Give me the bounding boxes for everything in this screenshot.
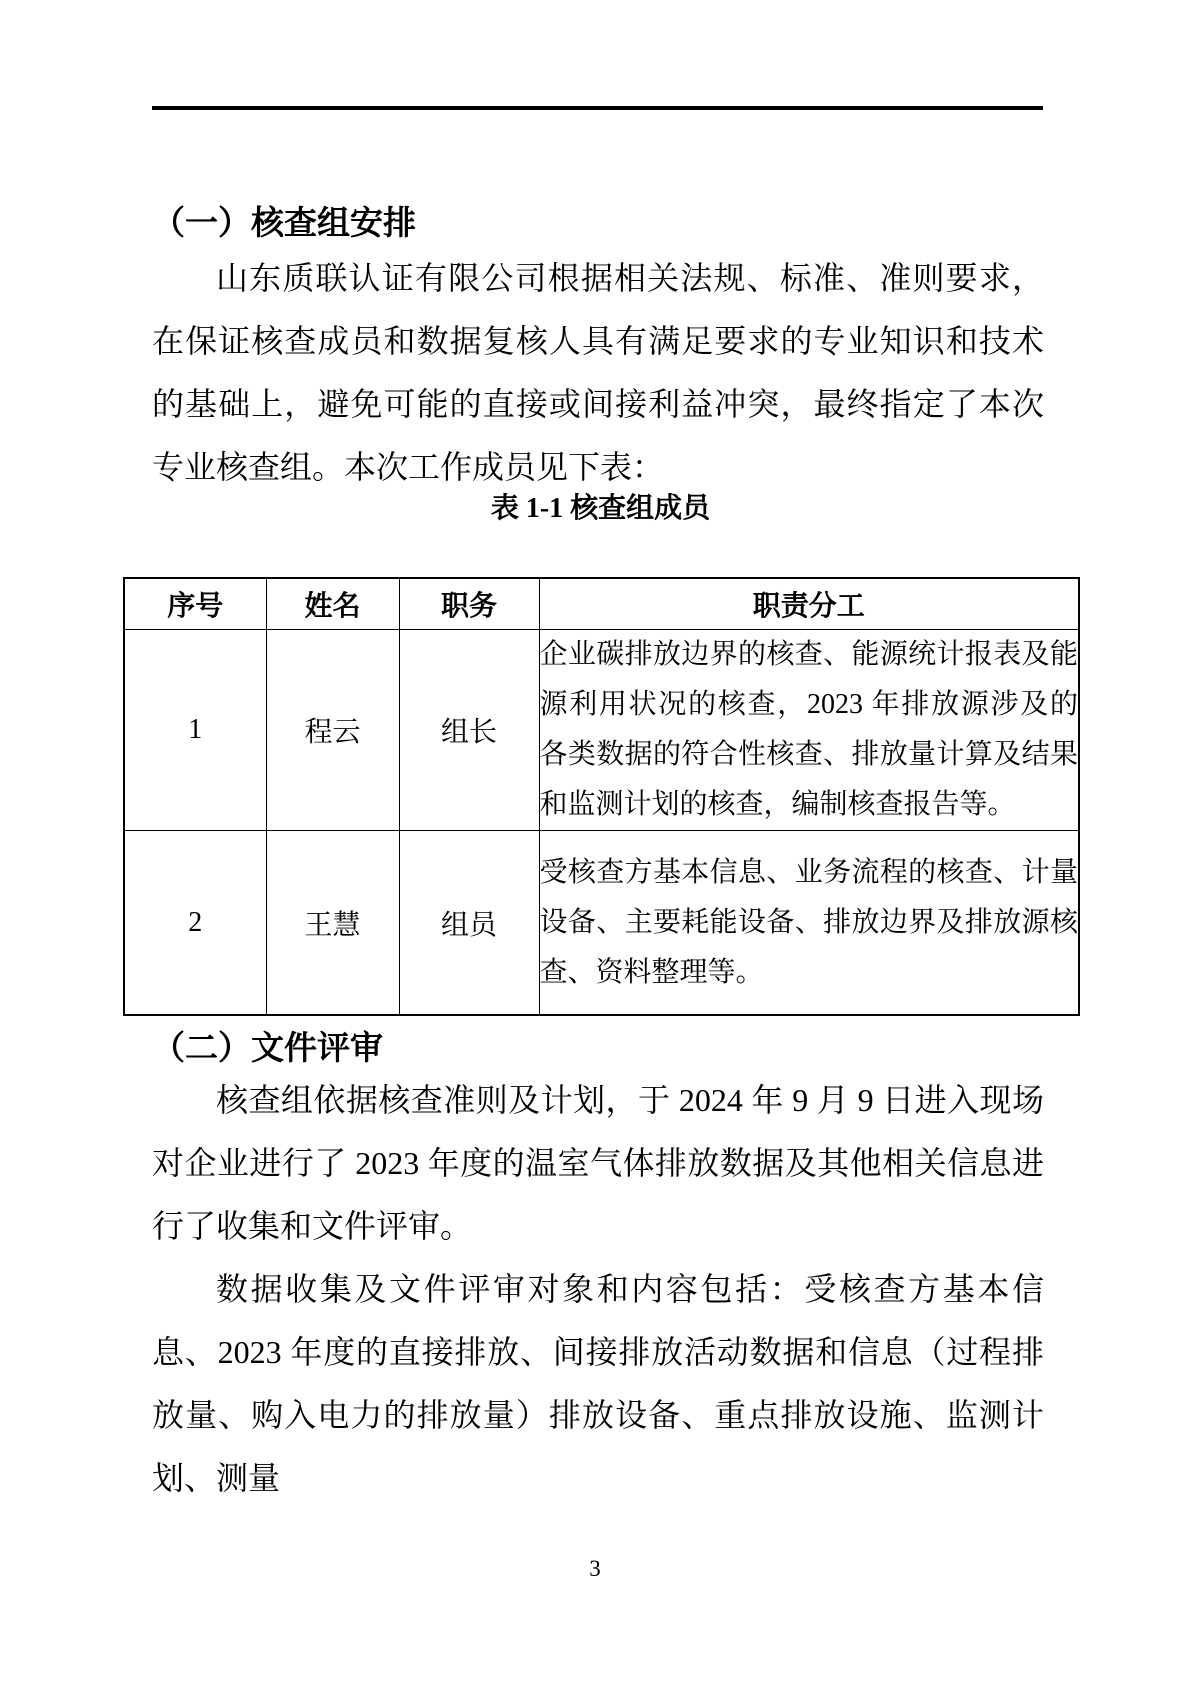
cell-name: 王慧: [266, 831, 399, 1016]
cell-duty: 企业碳排放边界的核查、能源统计报表及能源利用状况的核查，2023 年排放源涉及的…: [539, 630, 1079, 831]
cell-no: 2: [124, 831, 266, 1016]
table-header-row: 序号 姓名 职务 职责分工: [124, 578, 1079, 630]
table-row: 1 程云 组长 企业碳排放边界的核查、能源统计报表及能源利用状况的核查，2023…: [124, 630, 1079, 831]
page-number: 3: [0, 1556, 1190, 1582]
cell-role: 组长: [399, 630, 539, 831]
cell-name: 程云: [266, 630, 399, 831]
cell-duty: 受核查方基本信息、业务流程的核查、计量设备、主要耗能设备、排放边界及排放源核查、…: [539, 831, 1079, 1016]
section2-paragraph-1: 核查组依据核查准则及计划，于 2024 年 9 月 9 日进入现场对企业进行了 …: [152, 1069, 1044, 1258]
section1-body: 山东质联认证有限公司根据相关法规、标准、准则要求，在保证核查成员和数据复核人具有…: [152, 247, 1044, 499]
header-cell-name: 姓名: [266, 578, 399, 630]
cell-no: 1: [124, 630, 266, 831]
cell-role: 组员: [399, 831, 539, 1016]
verification-team-table: 序号 姓名 职务 职责分工 1 程云 组长 企业碳排放边界的核查、能源统计报表及…: [123, 577, 1080, 1016]
document-page: （一）核查组安排 山东质联认证有限公司根据相关法规、标准、准则要求，在保证核查成…: [0, 0, 1190, 1683]
header-rule: [152, 106, 1043, 110]
section1-paragraph: 山东质联认证有限公司根据相关法规、标准、准则要求，在保证核查成员和数据复核人具有…: [152, 247, 1044, 499]
section2-heading: （二）文件评审: [152, 1027, 1044, 1071]
section2-paragraph-2: 数据收集及文件评审对象和内容包括：受核查方基本信息、2023 年度的直接排放、间…: [152, 1258, 1044, 1510]
header-cell-no: 序号: [124, 578, 266, 630]
table-caption: 表 1-1 核查组成员: [123, 486, 1078, 526]
section2-body: 核查组依据核查准则及计划，于 2024 年 9 月 9 日进入现场对企业进行了 …: [152, 1069, 1044, 1510]
header-cell-role: 职务: [399, 578, 539, 630]
table-row: 2 王慧 组员 受核查方基本信息、业务流程的核查、计量设备、主要耗能设备、排放边…: [124, 831, 1079, 1016]
header-cell-duty: 职责分工: [539, 578, 1079, 630]
section1-heading: （一）核查组安排: [152, 202, 1044, 246]
